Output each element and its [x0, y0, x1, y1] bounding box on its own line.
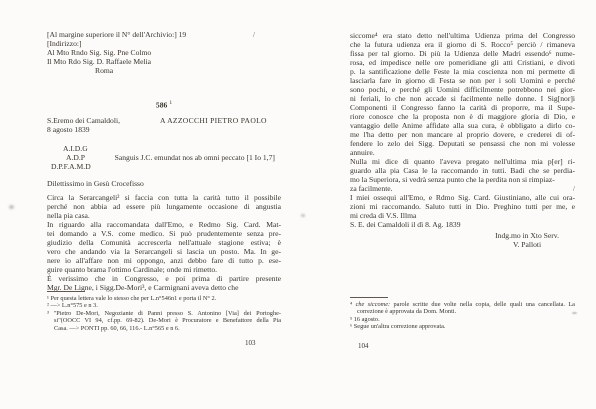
archive-header-row: [Al margine superiore il N° dell'Archivi… [47, 30, 281, 39]
text-line: nere io all'affare non mi oppongo, anzi … [47, 256, 281, 265]
text-line: lasciarla fare in giorno di Festa se non… [350, 76, 575, 85]
text-line: Circa la Serarcangeli² si faccia con tut… [47, 193, 281, 202]
signature-formula: Indg.mo in Xto Serv. [495, 231, 559, 240]
text-line: ⁶ Segue un'altra correzione approvata. [350, 323, 575, 330]
date-line: 8 agosto 1839 [47, 125, 281, 134]
footnote-lemma: che siccome: [356, 301, 391, 308]
folio-slash-mark: / [573, 184, 575, 193]
paragraph: ³ "Pietro De-Mori, Negoziante di Panni p… [47, 310, 281, 332]
invocation-block: A.I.D.G A.D.P Sanguis J.C. emundat nos a… [47, 144, 281, 171]
address-line: Al Mto Rndo Sig. Sig. Pne Colmo [47, 48, 281, 57]
signature-name: V. Palloti [495, 240, 559, 249]
invocation-line: A.I.D.G [47, 144, 281, 153]
text-line: Nulla mi dice di quanto l'aveva pregato … [350, 157, 575, 166]
text-line: annuire. [350, 148, 575, 157]
text-line: correzione è approvata da Dom. Monti. [350, 308, 575, 315]
invocation-line: A.D.P Sanguis J.C. emundat nos ab omni p… [47, 153, 281, 162]
recipient-name: A AZZOCCHI PIETRO PAOLO [160, 116, 267, 125]
footnotes-section: ⁴ che siccome: parole scritte due volte … [350, 297, 575, 331]
text-line: mi creda di V.S. Illma [350, 211, 575, 220]
text-line: ³ "Pietro De-Mori, Negoziante di Panni p… [47, 310, 281, 317]
footnotes-list: ⁵ 16 agosto.⁶ Segue un'altra correzione … [350, 316, 575, 331]
paragraph: ⁵ 16 agosto. [350, 316, 575, 323]
footnote-separator-rule [47, 291, 85, 292]
footnote-text: parole scritte due volte nella copia, de… [390, 301, 575, 308]
letter-number-footnote-mark: 1 [169, 100, 172, 106]
text-line: Casa. —> PONTI pp. 60, 66, 116.- L.n°565… [47, 325, 281, 332]
text-line: tei domando a V.S. come medico. Si può p… [47, 229, 281, 238]
place-line: S.Eremo dei Camaldoli, [47, 116, 120, 125]
text-line: I miei ossequi all'Emo, e Rdmo Sig. Card… [350, 193, 575, 202]
text-line: che la futura udienza era il giorno di S… [350, 40, 575, 49]
scripture-motto: Sanguis J.C. emundat nos ab omni peccato… [115, 153, 275, 162]
paragraph: I miei ossequi all'Emo, e Rdmo Sig. Card… [350, 193, 575, 220]
place-recipient-row: S.Eremo dei Camaldoli, A AZZOCCHI PIETRO… [47, 116, 281, 125]
folio-break-line: za facilmente. / [350, 184, 575, 193]
address-city: Roma [47, 66, 281, 75]
footnote-4: ⁴ che siccome: parole scritte due volte … [350, 301, 575, 316]
scan-artifact [572, 312, 577, 314]
text-line: sono pochi, e perché gli Uomini difficil… [350, 85, 575, 94]
text-line: fendere lo zelo dei Sigg. Deputati se pe… [350, 139, 575, 148]
page-number: 104 [358, 342, 369, 351]
text-line: È verissimo che in Congresso, e poi prim… [47, 274, 281, 283]
invocation-abbrev: A.D.P [66, 153, 85, 162]
text-line: In riguardo alla raccomandata dall'Emo, … [47, 220, 281, 229]
book-page-left: [Al margine superiore il N° dell'Archivi… [47, 30, 281, 390]
text-line: ⁵ 16 agosto. [350, 316, 575, 323]
paragraph: ⁶ Segue un'altra correzione approvata. [350, 323, 575, 330]
letter-body: Circa la Serarcangeli² si faccia con tut… [47, 193, 281, 292]
text-line: siccome⁴ era stato detto nell'ultima Udi… [350, 31, 575, 40]
text-line: vantaggio delle Anime affidate alla sua … [350, 121, 575, 130]
letter-number: 586 [156, 101, 167, 110]
paragraph: ² —> L.n°575 e n 3. [47, 302, 281, 309]
folio-slash-mark: / [253, 30, 255, 39]
text-line: me l'ha detto per non mancare al proprio… [350, 130, 575, 139]
footnotes-section: ¹ Per questa lettera vale lo stesso che … [47, 291, 281, 332]
text-line: guardo alla pia Casa le la raccomando in… [350, 166, 575, 175]
signature-block: Indg.mo in Xto Serv. V. Palloti [495, 231, 559, 249]
text-line: ² —> L.n°575 e n 3. [47, 302, 281, 309]
text-line: p. la santificazione delle Feste la mia … [350, 67, 575, 76]
text-line: ni feriali, lo che non accade si facilme… [350, 94, 575, 103]
text-line: mo la Superiora, si vedrà senza punto ch… [350, 175, 575, 184]
footnote-separator-rule [350, 297, 388, 298]
scan-artifact [9, 205, 14, 209]
invocation-line: D.P.F.A.M.D [47, 162, 281, 171]
paragraph: ¹ Per questa lettera vale lo stesso che … [47, 295, 281, 302]
text-line: za facilmente. [350, 184, 393, 193]
salutation: Dilettissimo in Gesù Crocefisso [47, 179, 281, 188]
text-line: ⁴ che siccome: parole scritte due volte … [350, 301, 575, 308]
paragraph: Nulla mi dice di quanto l'aveva pregato … [350, 157, 575, 184]
text-line: nella pia casa. [47, 211, 281, 220]
text-line: guire quanto brama l'ottimo Cardinale; o… [47, 265, 281, 274]
text-line: riore conosce che la proposta non è di m… [350, 112, 575, 121]
letter-closing: I miei ossequi all'Emo, e Rdmo Sig. Card… [350, 193, 575, 220]
archive-note: [Al margine superiore il N° dell'Archivi… [47, 30, 186, 39]
text-line: perché non abbia ad essere più lungament… [47, 202, 281, 211]
letter-number-heading: 5861 [47, 99, 281, 110]
address-label: [Indirizzo:] [47, 39, 281, 48]
text-line: si"(OOCC VI 94, cf.pp. 69-82). De-Mori è… [47, 317, 281, 324]
footnotes-list: ¹ Per questa lettera vale lo stesso che … [47, 295, 281, 332]
book-page-right: siccome⁴ era stato detto nell'ultima Udi… [350, 31, 575, 391]
text-line: zioni mi raccomando. Saluto tutti in Dio… [350, 202, 575, 211]
text-line: vero che andando via la Serarcangeli si … [47, 247, 281, 256]
paragraph: È verissimo che in Congresso, e poi prim… [47, 274, 281, 292]
paragraph: In riguardo alla raccomandata dall'Emo, … [47, 220, 281, 274]
scan-artifact [301, 214, 305, 217]
paragraph: siccome⁴ era stato detto nell'ultima Udi… [350, 31, 575, 157]
address-line: Il Mto Rdo Sig. D. Raffaele Melia [47, 57, 281, 66]
text-line: rosa, ed impedisce nelle ore pomeridiane… [350, 58, 575, 67]
text-line: Componenti il Congresso fanno la carità … [350, 103, 575, 112]
text-line: giudizio della Comunità accrescerla nell… [47, 238, 281, 247]
paragraph: Circa la Serarcangeli² si faccia con tut… [47, 193, 281, 220]
text-line: ¹ Per questa lettera vale lo stesso che … [47, 295, 281, 302]
letter-body-continued: siccome⁴ era stato detto nell'ultima Udi… [350, 31, 575, 184]
closing-dateline: S. E. dei Camaldoli il dì 8. Ag. 1839 [350, 220, 575, 229]
text-line: fissa per tal giorno. Di più la Udienza … [350, 49, 575, 58]
page-number: 103 [245, 339, 256, 348]
